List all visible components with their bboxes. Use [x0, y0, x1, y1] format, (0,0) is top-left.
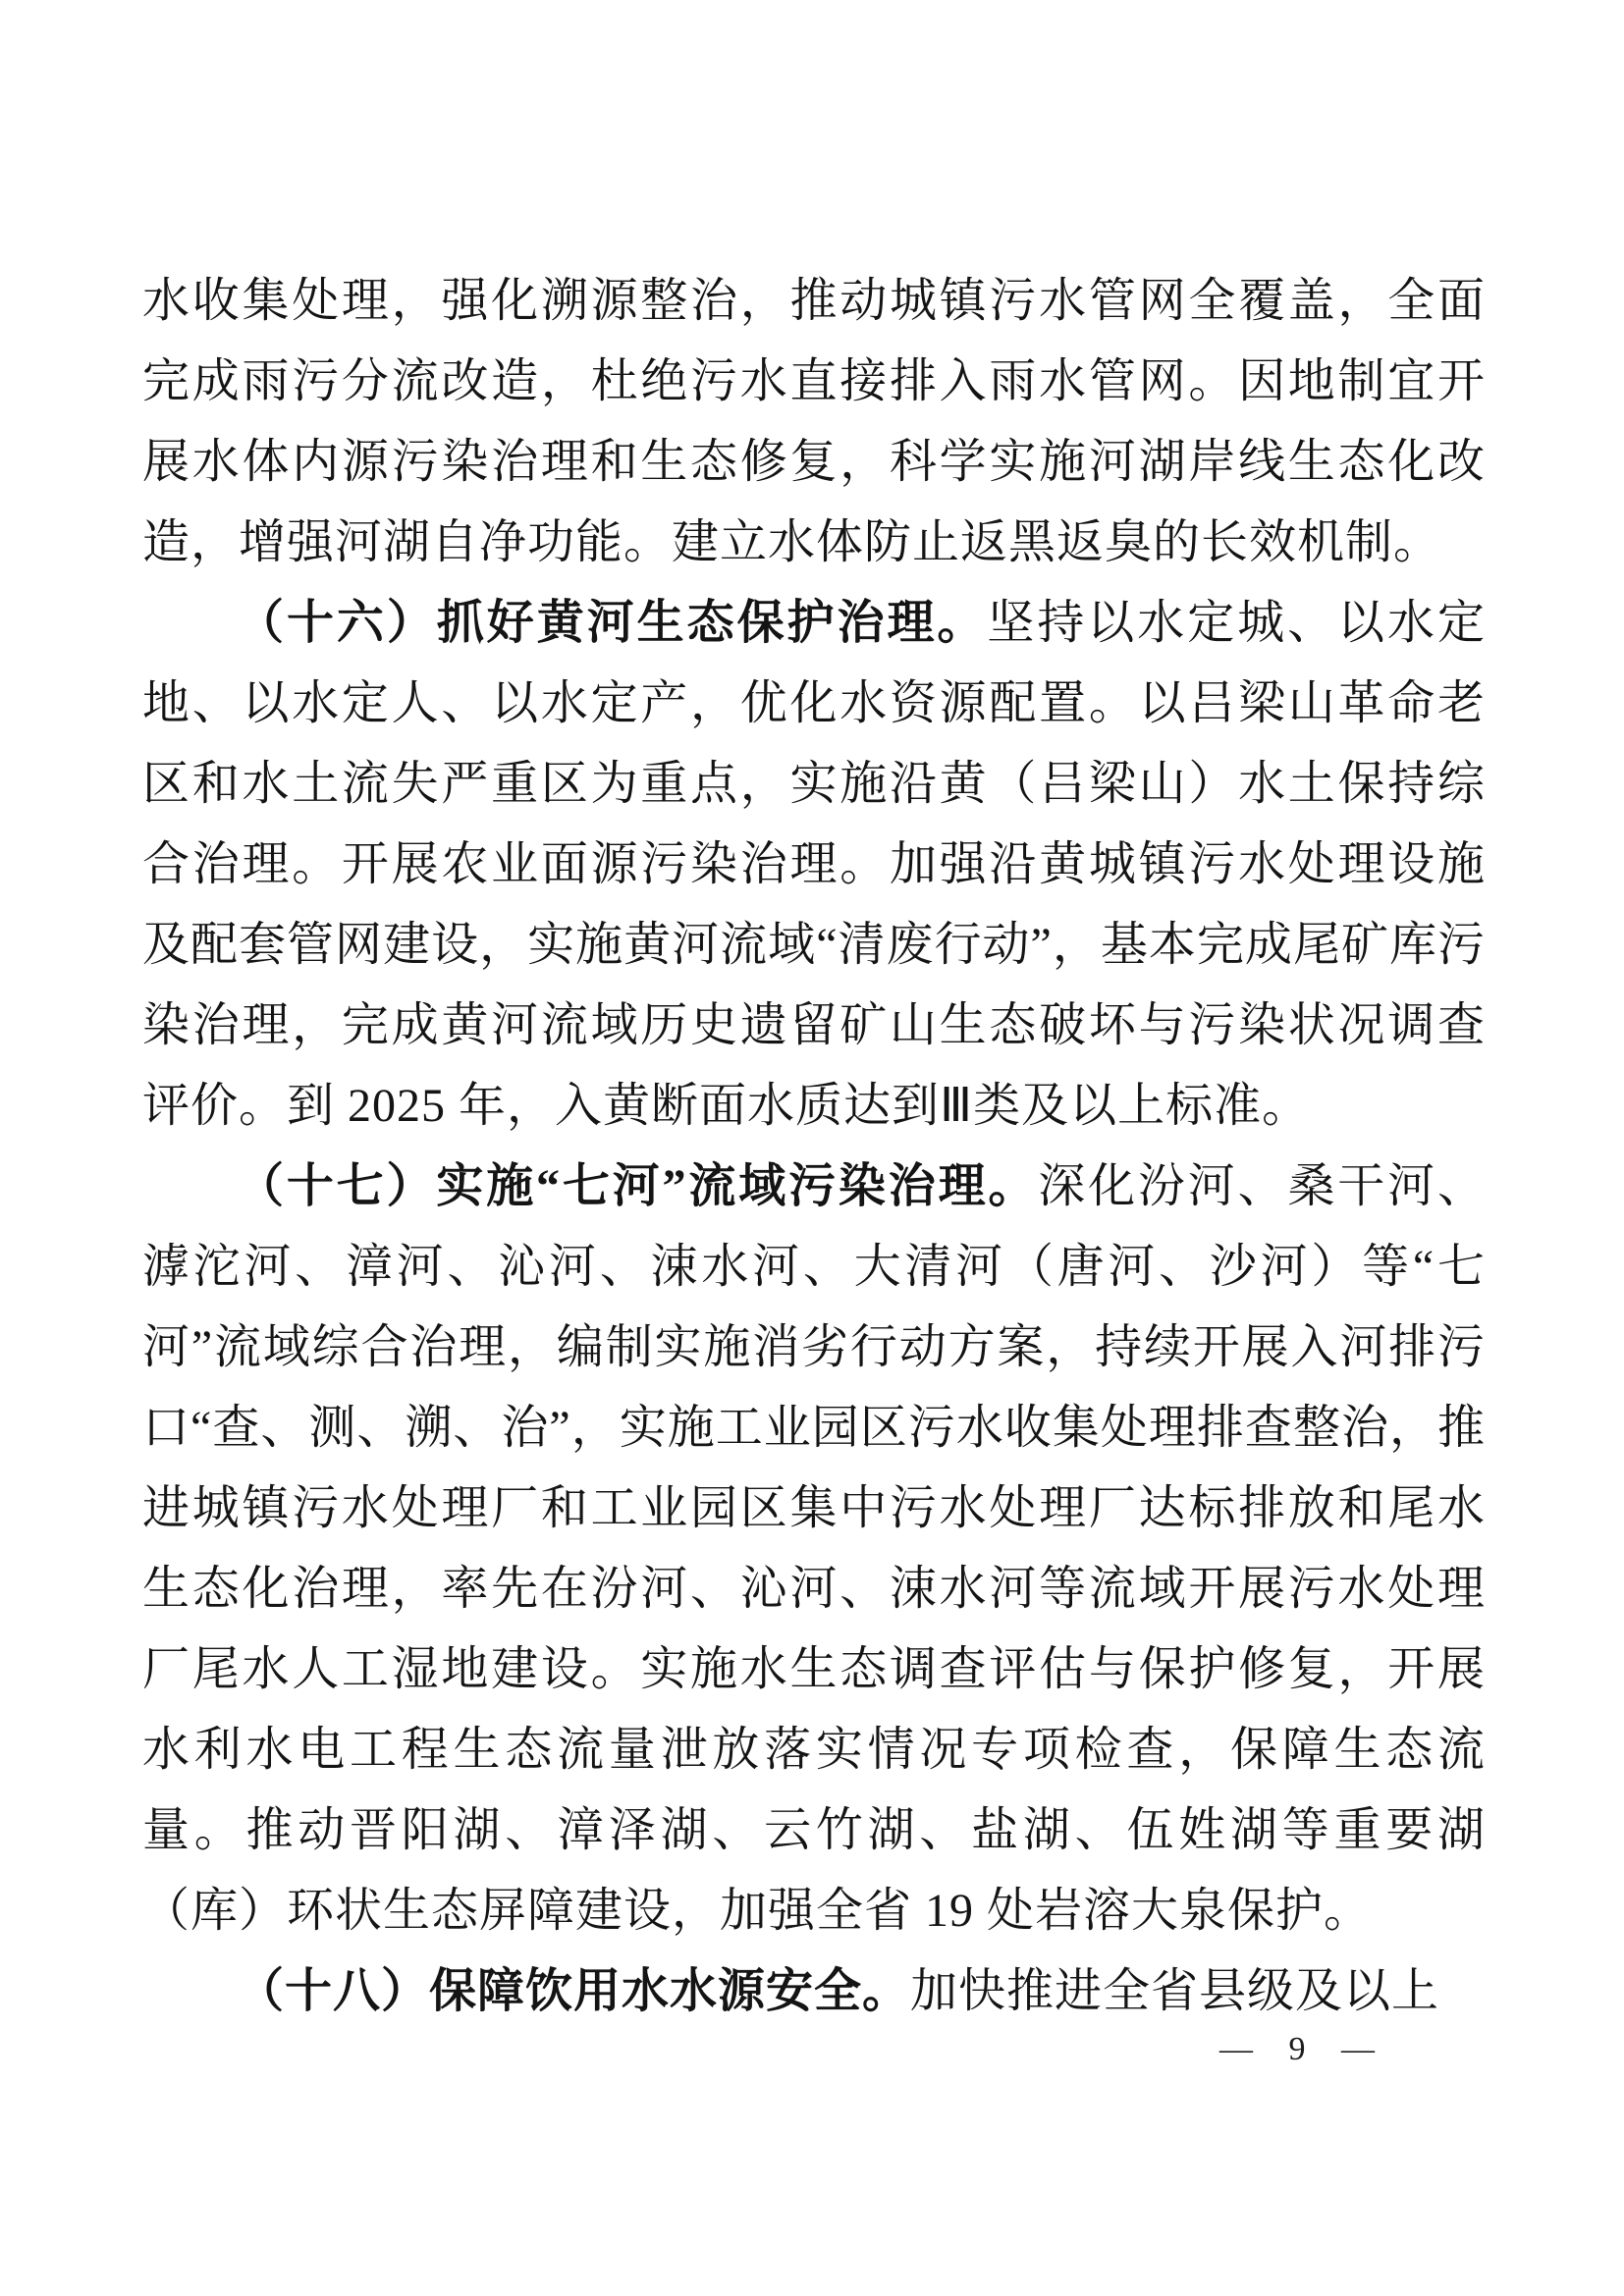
paragraph-section-18: （十八）保障饮用水水源安全。加快推进全省县级及以上: [142, 1951, 1486, 2032]
document-page: { "document": { "paragraphs": [ { "lead"…: [0, 0, 1624, 2296]
paragraph-text: 坚持以水定城、以水定地、以水定人、以水定产，优化水资源配置。以吕梁山革命老区和水…: [142, 597, 1486, 1132]
section-heading-18: （十八）保障饮用水水源安全。: [237, 1965, 910, 2017]
paragraph-text: 水收集处理，强化溯源整治，推动城镇污水管网全覆盖，全面完成雨污分流改造，杜绝污水…: [142, 275, 1486, 568]
section-heading-17: （十七）实施“七河”流域污染治理。: [237, 1160, 1038, 1212]
text-block: 水收集处理，强化溯源整治，推动城镇污水管网全覆盖，全面完成雨污分流改造，杜绝污水…: [142, 261, 1486, 2032]
page-number: — 9 —: [1219, 2028, 1377, 2071]
paragraph-section-16: （十六）抓好黄河生态保护治理。坚持以水定城、以水定地、以水定人、以水定产，优化水…: [142, 583, 1486, 1147]
paragraph-section-17: （十七）实施“七河”流域污染治理。深化汾河、桑干河、滹沱河、漳河、沁河、涑水河、…: [142, 1147, 1486, 1951]
paragraph-text: 加快推进全省县级及以上: [910, 1965, 1439, 2017]
paragraph-continuation: 水收集处理，强化溯源整治，推动城镇污水管网全覆盖，全面完成雨污分流改造，杜绝污水…: [142, 261, 1486, 583]
paragraph-text: 深化汾河、桑干河、滹沱河、漳河、沁河、涑水河、大清河（唐河、沙河）等“七河”流域…: [142, 1160, 1486, 1937]
document-canvas: 水收集处理，强化溯源整治，推动城镇污水管网全覆盖，全面完成雨污分流改造，杜绝污水…: [0, 0, 1624, 2296]
section-heading-16: （十六）抓好黄河生态保护治理。: [237, 597, 987, 649]
